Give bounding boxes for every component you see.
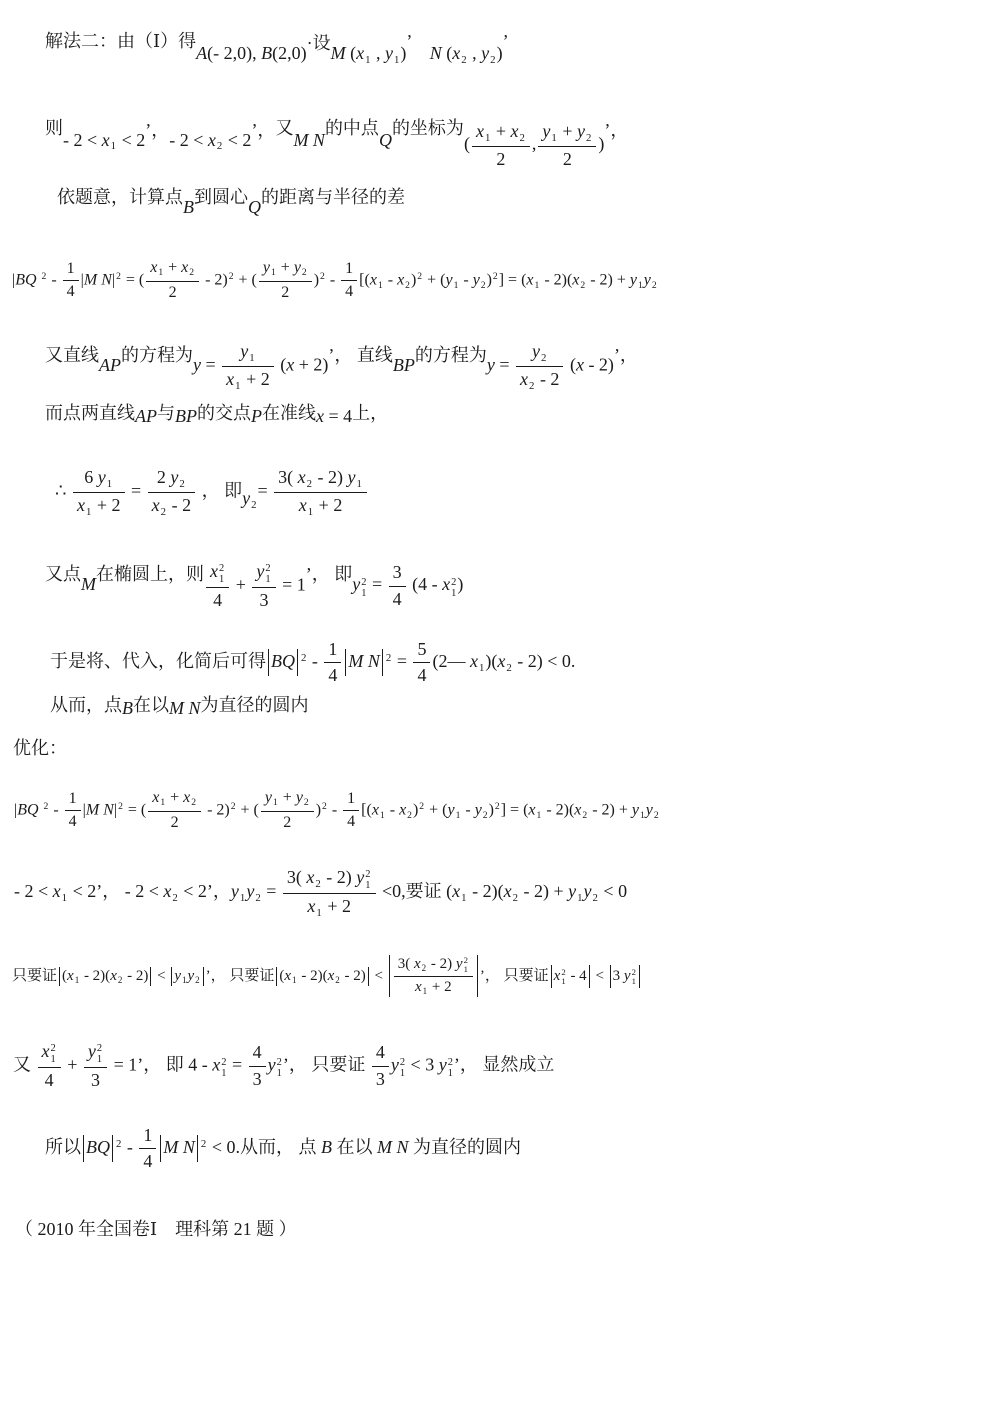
- math-segment: 的方程为: [415, 344, 487, 367]
- math-text: 2: [281, 284, 289, 301]
- math-denominator: x2 - 2: [148, 492, 195, 519]
- math-variable: M: [81, 574, 96, 594]
- math-vertical-bar: [589, 965, 590, 988]
- math-segment: 于是将、代入，化简后可得BQ2 - 14M N2 = 54(2— x1)(x2 …: [50, 638, 575, 688]
- math-text: 又: [275, 118, 293, 138]
- math-fraction: 3( x2 - 2) y21x1 + 2: [283, 866, 376, 920]
- math-variable: x: [452, 881, 460, 901]
- math-text: - 2)(: [540, 271, 572, 288]
- math-text: [37, 271, 41, 288]
- math-numerator: x21: [206, 560, 229, 587]
- math-vertical-bar: [150, 967, 151, 987]
- math-text: 为直径的圆内: [201, 695, 309, 715]
- math-text: ): [489, 801, 494, 818]
- math-text: 又直线: [45, 345, 99, 365]
- math-variable: x: [574, 801, 581, 818]
- math-variable: x: [316, 406, 324, 426]
- math-subscript: 1: [537, 810, 542, 821]
- math-fraction: 14: [324, 638, 341, 688]
- math-variable: x: [497, 651, 505, 671]
- math-variable: x: [470, 651, 478, 671]
- math-variable: y: [646, 801, 653, 818]
- math-subscript: 2: [255, 892, 260, 904]
- math-text: 1: [69, 790, 77, 807]
- math-text: -: [328, 801, 341, 818]
- math-denominator: 4: [389, 586, 406, 611]
- math-vertical-bar: [276, 967, 277, 987]
- math-superscript: 2: [42, 271, 47, 282]
- math-variable: x: [442, 574, 450, 594]
- math-text: -: [461, 801, 474, 818]
- math-segment: B: [122, 697, 133, 720]
- math-numerator: y1 + y2: [261, 788, 314, 811]
- math-segment: 在准线: [262, 402, 316, 425]
- math-text: -: [47, 271, 60, 288]
- math-text: ): [411, 271, 416, 288]
- math-text: -: [326, 271, 339, 288]
- math-text: 则: [45, 118, 63, 138]
- math-segment: 的交点: [197, 402, 251, 425]
- math-subscript: 1: [308, 506, 313, 518]
- math-text: - 2 <: [169, 130, 208, 150]
- math-text: < 0.从而， 点: [207, 1137, 321, 1157]
- math-numerator: 3( x2 - 2) y21: [283, 866, 376, 893]
- math-subscript: 2: [520, 132, 525, 144]
- math-subscript: 1: [316, 907, 321, 919]
- math-variable: B: [122, 698, 133, 718]
- math-text: ’， 即: [306, 564, 353, 584]
- math-subscript: 1: [535, 280, 540, 291]
- math-denominator: 3: [84, 1067, 107, 1092]
- math-sub-sup-stack: 21: [221, 1058, 226, 1080]
- math-superscript: 2: [201, 1138, 206, 1150]
- math-segment: ’， 即: [306, 563, 353, 586]
- math-denominator: 4: [343, 810, 359, 833]
- math-segment: = 3( x2 - 2) y1x1 + 2: [257, 466, 368, 519]
- math-vertical-bar: [83, 1135, 84, 1162]
- math-segment: 只要证(x1 - 2)(x2 - 2) < y1y2’， 只要证(x1 - 2)…: [12, 955, 642, 998]
- math-subscript: 2: [179, 478, 184, 490]
- math-subscript: 1: [273, 797, 278, 808]
- math-text: =: [127, 480, 146, 500]
- math-text: 与: [157, 403, 175, 423]
- math-text: (4 -: [408, 574, 443, 594]
- math-denominator: 4: [63, 280, 79, 303]
- math-text: 解法二：由（Ⅰ）得: [45, 31, 196, 51]
- math-fraction: 3( x2 - 2) y1x1 + 2: [274, 466, 367, 519]
- math-subscript: 1: [577, 892, 582, 904]
- math-text: - 2): [341, 968, 366, 984]
- document-page: 优化： （ 2010 年全国卷Ⅰ 理科第 21 题 ） 解法二：由（Ⅰ）得 A(…: [0, 0, 1000, 1415]
- math-variable: x: [152, 789, 159, 806]
- math-segment: 所以BQ2 - 14M N2 < 0.从而， 点 B 在以 M N 为直径的圆内: [45, 1124, 521, 1174]
- math-variable: Q: [248, 197, 261, 217]
- math-segment: ·设: [307, 32, 331, 55]
- math-denominator: 3: [252, 587, 275, 612]
- math-variable: y: [487, 354, 495, 374]
- math-variable: M: [331, 43, 346, 63]
- math-subscript: 1: [265, 575, 270, 586]
- math-variable: x: [102, 130, 110, 150]
- math-subscript: 2: [189, 267, 194, 278]
- simplified-result: 于是将、代入，化简后可得BQ2 - 14M N2 = 54(2— x1)(x2 …: [50, 638, 575, 688]
- math-subscript: 2: [195, 975, 200, 985]
- math-subscript: 2: [407, 810, 412, 821]
- math-variable: x: [328, 968, 335, 984]
- math-superscript: 2: [116, 1138, 121, 1150]
- bq-mn-expansion: |BQ 2 - 14|M N|2 = (x1 + x22 - 2)2 + (y1…: [12, 258, 658, 304]
- math-text: - 2) < 0.: [513, 651, 576, 671]
- math-text: (: [464, 134, 470, 154]
- math-text: (: [565, 354, 576, 374]
- math-subscript: 1: [357, 478, 362, 490]
- math-text: 4: [45, 1070, 54, 1090]
- math-text: 4: [345, 283, 353, 300]
- math-text: =: [367, 574, 386, 594]
- math-text: (: [276, 354, 287, 374]
- math-sub-sup-stack: 21: [448, 1058, 453, 1080]
- math-variable: y: [632, 801, 639, 818]
- math-superscript: 2: [44, 801, 49, 812]
- math-text: = 1’， 即 4 -: [109, 1054, 212, 1074]
- math-vertical-bar: [368, 967, 369, 987]
- math-text: 3: [613, 968, 624, 984]
- math-text: + 2: [323, 896, 351, 916]
- math-fraction: 43: [249, 1041, 266, 1091]
- math-fraction: x1 + x22: [472, 120, 530, 171]
- math-variable: x: [526, 271, 533, 288]
- math-vertical-bar: [268, 649, 269, 676]
- math-text: ’，: [251, 120, 275, 140]
- math-text: 在椭圆上，则: [96, 564, 204, 584]
- math-text: 4: [376, 1042, 385, 1062]
- math-text: ,: [468, 43, 482, 63]
- math-segment: 在椭圆上，则: [96, 563, 204, 586]
- math-text: = (: [122, 271, 144, 288]
- math-variable: y: [385, 43, 393, 63]
- math-text: - 4: [567, 968, 587, 984]
- conclusion-2: 所以BQ2 - 14M N2 < 0.从而， 点 B 在以 M N 为直径的圆内: [45, 1124, 521, 1174]
- math-text: ’，: [145, 120, 169, 140]
- math-variable: x: [53, 881, 61, 901]
- math-subscript: 2: [461, 54, 466, 66]
- math-text: 5: [417, 639, 426, 659]
- math-variable: x: [504, 881, 512, 901]
- math-numerator: 4: [372, 1041, 389, 1065]
- math-superscript: 2: [221, 1058, 226, 1069]
- math-variable: M N: [86, 801, 114, 818]
- math-variable: x: [77, 495, 85, 515]
- math-variable: x: [414, 956, 421, 972]
- math-subscript: 2: [335, 975, 340, 985]
- math-fraction: x214: [38, 1040, 61, 1093]
- math-subscript: 1: [451, 589, 456, 600]
- math-variable: y: [644, 271, 651, 288]
- math-sub-sup-stack: 21: [277, 1058, 282, 1080]
- math-segment: 则: [45, 117, 63, 140]
- math-variable: AP: [135, 406, 157, 426]
- math-text: + 2): [294, 354, 328, 374]
- math-variable: AP: [99, 355, 121, 375]
- math-subscript: 2: [513, 892, 518, 904]
- math-sub-sup-stack: 21: [51, 1044, 56, 1066]
- math-fraction: y2x2 - 2: [516, 340, 563, 393]
- math-segment: ’，: [614, 344, 638, 367]
- math-superscript: 2: [400, 1058, 405, 1069]
- math-vertical-bar: [59, 967, 60, 987]
- math-sub-sup-stack: 21: [365, 870, 370, 892]
- math-segment: Q: [379, 129, 392, 152]
- math-variable: x: [110, 968, 117, 984]
- math-text: 2: [496, 149, 505, 169]
- math-segment: 又直线: [45, 344, 99, 367]
- math-numerator: y1 + y2: [259, 258, 312, 281]
- math-variable: y: [188, 968, 195, 984]
- math-text: = 1: [278, 574, 306, 594]
- math-numerator: x1 + x2: [148, 788, 201, 811]
- math-fraction: 14: [343, 789, 359, 834]
- math-text: - 2): [427, 956, 456, 972]
- math-variable: P: [251, 406, 262, 426]
- math-text: - 2): [584, 354, 614, 374]
- math-text: - 2 <: [63, 130, 102, 150]
- math-vertical-bar: [345, 649, 346, 676]
- math-segment: 的距离与半径的差: [261, 186, 405, 209]
- math-text: -: [122, 1137, 137, 1157]
- math-variable: y: [475, 801, 482, 818]
- math-subscript: 1: [158, 267, 163, 278]
- math-variable: BP: [175, 406, 197, 426]
- math-variable: x: [42, 1041, 50, 1061]
- math-vertical-bar: [171, 967, 172, 987]
- math-subscript: 1: [638, 280, 643, 291]
- math-text: 1: [67, 260, 75, 277]
- math-variable: x: [370, 271, 377, 288]
- math-superscript: 2: [118, 801, 123, 812]
- math-segment: y2: [242, 487, 257, 512]
- math-text: |: [114, 801, 117, 818]
- math-text: 2: [157, 467, 171, 487]
- math-numerator: 1: [65, 789, 81, 811]
- math-segment: - 2 < x1 < 2: [63, 129, 145, 154]
- math-fraction: 2 y2x2 - 2: [148, 466, 195, 519]
- math-variable: BQ: [86, 1137, 110, 1157]
- math-subscript: 1: [292, 975, 297, 985]
- math-segment: - 2 < x1 < 2’， - 2 < x2 < 2’，y1y2 = 3( x…: [14, 866, 627, 920]
- math-segment: 的方程为: [121, 344, 193, 367]
- ranges-and-product: - 2 < x1 < 2’， - 2 < x2 < 2’，y1y2 = 3( x…: [14, 866, 627, 920]
- math-text: - 2) +: [588, 801, 632, 818]
- math-text: 依题意，计算点: [57, 187, 183, 207]
- math-text: - 2) +: [586, 271, 630, 288]
- math-text: =: [201, 354, 220, 374]
- math-text: < 2: [117, 130, 145, 150]
- math-segment: 到圆心: [194, 186, 248, 209]
- math-segment: |BQ 2 - 14|M N|2 = (x1 + x22 - 2)2 + (y1…: [14, 788, 660, 834]
- math-denominator: x2 - 2: [516, 366, 563, 393]
- math-text: < 2’， - 2 <: [68, 881, 163, 901]
- math-variable: x: [181, 259, 188, 276]
- math-subscript: 1: [378, 280, 383, 291]
- math-text: =: [257, 480, 272, 500]
- math-numerator: 1: [139, 1124, 156, 1148]
- math-variable: y: [231, 881, 239, 901]
- math-text: ] = (: [499, 271, 527, 288]
- math-variable: x: [356, 43, 364, 63]
- math-variable: y: [246, 881, 254, 901]
- math-numerator: 2 y2: [148, 466, 195, 492]
- math-text: 4: [253, 1042, 262, 1062]
- math-text: -: [307, 651, 322, 671]
- math-subscript: 1: [400, 1069, 405, 1080]
- math-subscript: 2: [217, 140, 222, 152]
- math-numerator: 6 y1: [73, 466, 125, 492]
- math-subscript: 1: [62, 892, 67, 904]
- math-text: 所以: [45, 1137, 81, 1157]
- math-variable: x: [511, 121, 519, 141]
- math-variable: y: [356, 867, 364, 887]
- math-denominator: 2: [146, 281, 199, 304]
- math-segment: P: [251, 405, 262, 428]
- math-numerator: 5: [413, 638, 430, 662]
- math-text: ): [316, 801, 321, 818]
- math-subscript: 1: [107, 478, 112, 490]
- math-text: ,: [372, 43, 386, 63]
- math-text: 4: [347, 813, 355, 830]
- math-subscript: 1: [182, 975, 187, 985]
- math-variable: y: [263, 259, 270, 276]
- math-subscript: 2: [580, 280, 585, 291]
- math-numerator: y21: [252, 560, 275, 587]
- math-numerator: 1: [63, 259, 79, 281]
- math-subscript: 1: [485, 132, 490, 144]
- math-segment: M N: [169, 697, 201, 720]
- math-text: ’， 只要证: [283, 1054, 370, 1074]
- math-variable: BQ: [271, 651, 295, 671]
- math-vertical-bar: [477, 955, 478, 997]
- math-text: 3: [253, 1069, 262, 1089]
- math-sub-sup-stack: 21: [451, 578, 456, 600]
- math-variable: Q: [379, 130, 392, 150]
- math-subscript: 2: [506, 662, 511, 674]
- math-segment: |BQ 2 - 14|M N|2 = (x1 + x22 - 2)2 + (y1…: [12, 258, 658, 304]
- math-superscript: 2: [231, 801, 236, 812]
- method2-given-points: 解法二：由（Ⅰ）得 A(- 2,0), B(2,0)·设 M (x1 , y1)…: [45, 30, 509, 55]
- math-numerator: y1: [222, 340, 274, 366]
- math-variable: x: [528, 801, 535, 818]
- math-segment: 又点: [45, 563, 81, 586]
- math-variable: y: [439, 1054, 447, 1074]
- math-variable: y: [268, 1054, 276, 1074]
- math-text: +: [63, 1054, 82, 1074]
- math-numerator: 1: [343, 789, 359, 811]
- math-variable: y: [532, 341, 540, 361]
- math-subscript: 1: [632, 977, 636, 986]
- math-subscript: 2: [529, 380, 534, 392]
- math-text: 从而，点: [50, 695, 122, 715]
- math-text: 1: [347, 790, 355, 807]
- math-text: 1: [345, 260, 353, 277]
- math-text: 又点: [45, 564, 81, 584]
- math-segment: y = y2x2 - 2 (x - 2): [487, 340, 614, 393]
- math-fraction: y1 + y22: [261, 788, 314, 834]
- math-superscript: 2: [451, 578, 456, 589]
- math-variable: x: [299, 495, 307, 515]
- math-segment: y = y1x1 + 2 (x + 2): [193, 340, 328, 393]
- optimize-label: 优化：: [13, 737, 67, 760]
- math-text: < 2: [223, 130, 251, 150]
- math-text: ’， 只要证: [480, 968, 549, 984]
- math-subscript: 1: [221, 1069, 226, 1080]
- math-text: +: [231, 574, 250, 594]
- math-variable: x: [397, 271, 404, 288]
- math-denominator: 4: [413, 662, 430, 687]
- math-text: = 4: [324, 406, 352, 426]
- math-fraction: y1x1 + 2: [222, 340, 274, 393]
- math-vertical-bar: [112, 1135, 113, 1162]
- math-text: <: [371, 968, 387, 984]
- math-text: ’， 显然成立: [454, 1054, 555, 1074]
- math-subscript: 2: [652, 280, 657, 291]
- bq-mn-expansion-optimized: |BQ 2 - 14|M N|2 = (x1 + x22 - 2)2 + (y1…: [14, 788, 660, 834]
- math-variable: y: [624, 968, 631, 984]
- math-subscript: 2: [172, 892, 177, 904]
- math-text: -: [384, 271, 397, 288]
- math-denominator: x1 + 2: [394, 976, 473, 998]
- math-subscript: 1: [361, 589, 366, 600]
- math-subscript: 1: [456, 810, 461, 821]
- math-variable: x: [298, 467, 306, 487]
- math-sub-sup-stack: 21: [219, 564, 224, 586]
- math-segment: BP: [175, 405, 197, 428]
- math-superscript: 2: [301, 652, 306, 664]
- math-text: - 2 <: [14, 881, 53, 901]
- math-text: <: [592, 968, 608, 984]
- math-denominator: 2: [538, 146, 596, 171]
- source-reference: （ 2010 年全国卷Ⅰ 理科第 21 题 ）: [15, 1218, 297, 1241]
- math-segment: M (x1 , y1): [331, 42, 407, 67]
- math-denominator: x1 + 2: [283, 893, 376, 920]
- math-vertical-bar: [297, 649, 298, 676]
- math-text: ’，: [614, 345, 638, 365]
- math-variable: y: [256, 561, 264, 581]
- math-text: < 2’，: [179, 881, 231, 901]
- math-sub-sup-stack: 21: [632, 968, 636, 986]
- math-segment: 又: [275, 117, 293, 140]
- math-text: 而点两直线: [45, 403, 135, 423]
- math-fraction: 3( x2 - 2) y21x1 + 2: [394, 955, 473, 998]
- math-subscript: 2: [586, 132, 591, 144]
- math-variable: x: [212, 1054, 220, 1074]
- math-segment: A(- 2,0), B(2,0): [196, 42, 306, 65]
- math-subscript: 1: [448, 1069, 453, 1080]
- math-text: ’， 直线: [328, 345, 393, 365]
- math-text: + 2: [242, 369, 270, 389]
- math-text: + (: [237, 801, 259, 818]
- math-subscript: 2: [490, 54, 495, 66]
- math-numerator: x21: [38, 1040, 61, 1067]
- math-fraction: 54: [413, 638, 430, 688]
- math-text: 3(: [287, 867, 307, 887]
- math-subscript: 2: [191, 797, 196, 808]
- math-superscript: 2: [448, 1058, 453, 1069]
- math-text: - 2: [167, 495, 191, 515]
- reduction-chain: 只要证(x1 - 2)(x2 - 2) < y1y2’， 只要证(x1 - 2)…: [12, 955, 642, 998]
- math-variable: x: [226, 369, 234, 389]
- math-variable: y: [447, 801, 454, 818]
- math-text: (2—: [432, 651, 470, 671]
- math-text: + (: [423, 271, 445, 288]
